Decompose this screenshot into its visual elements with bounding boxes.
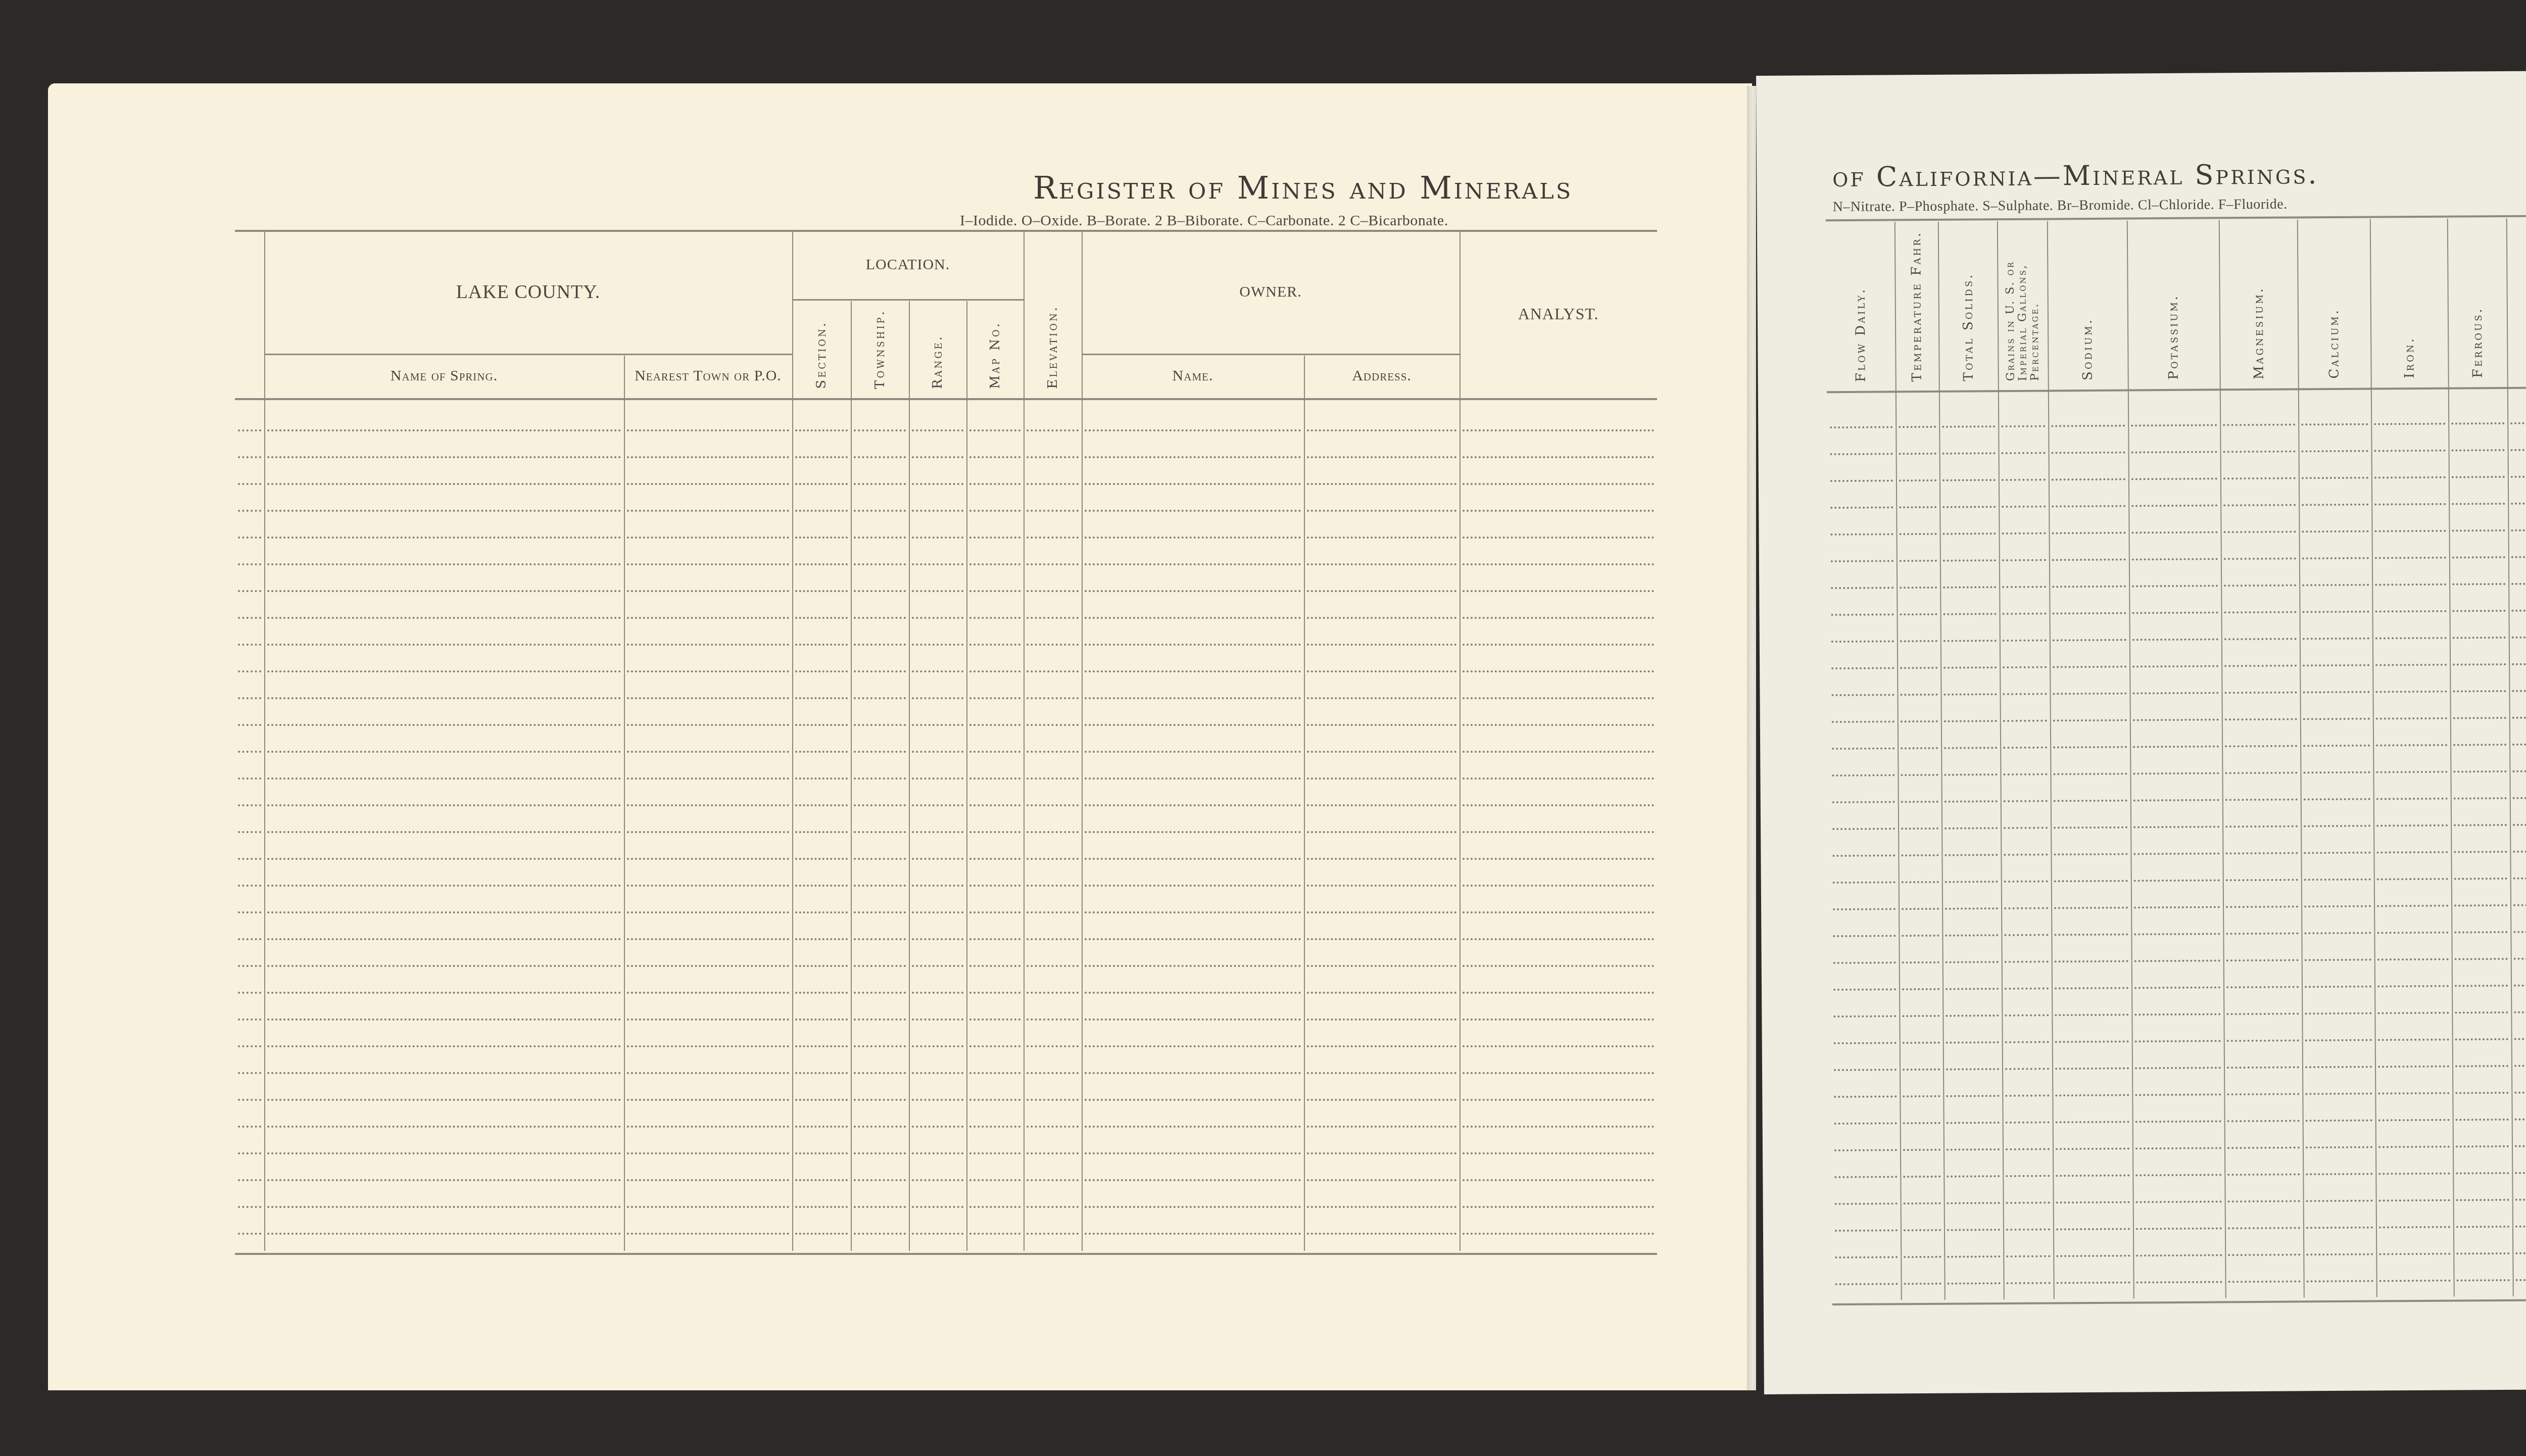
entry-line[interactable]	[2456, 1145, 2509, 1148]
entry-line[interactable]	[2006, 1175, 2050, 1177]
entry-line[interactable]	[2378, 1092, 2449, 1095]
entry-line[interactable]	[2303, 771, 2370, 774]
entry-line[interactable]	[267, 644, 621, 646]
entry-line[interactable]	[969, 1045, 1021, 1047]
entry-line[interactable]	[267, 804, 621, 806]
entry-line[interactable]	[1903, 1122, 1940, 1124]
entry-line[interactable]	[1832, 854, 1895, 857]
entry-line[interactable]	[1463, 1045, 1654, 1047]
entry-line[interactable]	[969, 1018, 1021, 1021]
entry-line[interactable]	[1947, 1202, 2000, 1204]
entry-line[interactable]	[1307, 1179, 1456, 1181]
entry-line[interactable]	[1899, 426, 1936, 428]
entry-line[interactable]	[1835, 1283, 1898, 1285]
entry-line[interactable]	[267, 938, 621, 940]
entry-line[interactable]	[1463, 965, 1654, 967]
entry-line[interactable]	[2515, 1118, 2526, 1121]
entry-line[interactable]	[238, 1045, 261, 1047]
entry-line[interactable]	[2515, 1172, 2526, 1174]
entry-line[interactable]	[1463, 858, 1654, 860]
entry-line[interactable]	[1900, 667, 1937, 669]
entry-line[interactable]	[2132, 638, 2218, 641]
entry-line[interactable]	[2056, 1121, 2129, 1124]
entry-line[interactable]	[969, 1072, 1021, 1074]
entry-line[interactable]	[2302, 557, 2369, 560]
entry-line[interactable]	[1085, 831, 1301, 833]
entry-line[interactable]	[795, 751, 848, 753]
entry-line[interactable]	[1307, 965, 1456, 967]
entry-line[interactable]	[1307, 617, 1456, 619]
entry-line[interactable]	[1027, 510, 1079, 512]
entry-line[interactable]	[1902, 1015, 1939, 1017]
entry-line[interactable]	[2306, 1146, 2372, 1149]
entry-line[interactable]	[1027, 1045, 1079, 1047]
entry-line[interactable]	[2131, 477, 2217, 480]
entry-line[interactable]	[267, 724, 621, 726]
entry-line[interactable]	[2375, 610, 2446, 613]
entry-line[interactable]	[2376, 824, 2448, 827]
entry-line[interactable]	[2378, 1065, 2449, 1068]
entry-line[interactable]	[1830, 453, 1893, 455]
entry-line[interactable]	[2514, 1064, 2526, 1067]
entry-line[interactable]	[2302, 504, 2368, 506]
entry-line[interactable]	[969, 858, 1021, 860]
entry-line[interactable]	[2514, 1091, 2526, 1094]
entry-line[interactable]	[1901, 828, 1938, 830]
entry-line[interactable]	[2053, 746, 2127, 749]
entry-line[interactable]	[795, 483, 848, 485]
entry-line[interactable]	[627, 670, 789, 672]
entry-line[interactable]	[1832, 720, 1894, 723]
entry-line[interactable]	[627, 751, 789, 753]
entry-line[interactable]	[1085, 563, 1301, 565]
entry-line[interactable]	[1463, 804, 1654, 806]
entry-line[interactable]	[2512, 690, 2526, 692]
entry-line[interactable]	[627, 483, 789, 485]
entry-line[interactable]	[1307, 483, 1456, 485]
entry-line[interactable]	[1899, 479, 1936, 481]
entry-line[interactable]	[238, 751, 261, 753]
entry-line[interactable]	[2511, 583, 2526, 585]
entry-line[interactable]	[1463, 938, 1654, 940]
entry-line[interactable]	[1085, 778, 1301, 780]
entry-line[interactable]	[1027, 1152, 1079, 1154]
entry-line[interactable]	[267, 831, 621, 833]
entry-line[interactable]	[2006, 1255, 2050, 1257]
entry-line[interactable]	[238, 510, 261, 512]
entry-line[interactable]	[854, 911, 906, 913]
entry-line[interactable]	[2132, 585, 2218, 587]
entry-line[interactable]	[1901, 854, 1938, 856]
entry-line[interactable]	[238, 644, 261, 646]
entry-line[interactable]	[2053, 719, 2127, 722]
entry-line[interactable]	[854, 938, 906, 940]
entry-line[interactable]	[627, 858, 789, 860]
entry-line[interactable]	[1947, 1148, 2000, 1151]
entry-line[interactable]	[1944, 747, 1997, 749]
entry-line[interactable]	[912, 617, 963, 619]
entry-line[interactable]	[1900, 587, 1937, 589]
entry-line[interactable]	[1307, 1018, 1456, 1021]
entry-line[interactable]	[627, 778, 789, 780]
entry-line[interactable]	[1903, 1069, 1940, 1071]
entry-line[interactable]	[2377, 1012, 2449, 1014]
entry-line[interactable]	[854, 1072, 906, 1074]
entry-line[interactable]	[2515, 1225, 2526, 1228]
entry-line[interactable]	[795, 644, 848, 646]
entry-line[interactable]	[2002, 506, 2046, 508]
entry-line[interactable]	[2004, 881, 2048, 883]
entry-line[interactable]	[1307, 911, 1456, 913]
entry-line[interactable]	[1830, 479, 1893, 482]
entry-line[interactable]	[238, 563, 261, 565]
entry-line[interactable]	[2304, 932, 2371, 935]
entry-line[interactable]	[2134, 906, 2220, 908]
entry-line[interactable]	[969, 724, 1021, 726]
entry-line[interactable]	[1085, 1045, 1301, 1047]
entry-line[interactable]	[1903, 1095, 1940, 1097]
entry-line[interactable]	[854, 563, 906, 565]
entry-line[interactable]	[2452, 529, 2505, 532]
entry-line[interactable]	[1834, 1069, 1897, 1071]
entry-line[interactable]	[627, 885, 789, 887]
entry-line[interactable]	[2056, 1228, 2130, 1231]
entry-line[interactable]	[2306, 1173, 2372, 1176]
entry-line[interactable]	[2305, 1039, 2372, 1042]
entry-line[interactable]	[1946, 1068, 1999, 1071]
entry-line[interactable]	[1027, 778, 1079, 780]
entry-line[interactable]	[2378, 1039, 2449, 1041]
entry-line[interactable]	[2003, 693, 2047, 696]
entry-line[interactable]	[2376, 771, 2447, 773]
entry-line[interactable]	[2225, 825, 2298, 828]
entry-line[interactable]	[2511, 529, 2526, 531]
entry-line[interactable]	[1832, 774, 1894, 776]
entry-line[interactable]	[2005, 987, 2049, 990]
entry-line[interactable]	[2378, 1119, 2450, 1122]
entry-line[interactable]	[1835, 1202, 1898, 1205]
entry-line[interactable]	[2304, 852, 2370, 854]
entry-line[interactable]	[1833, 988, 1896, 991]
entry-line[interactable]	[2133, 826, 2219, 828]
entry-line[interactable]	[2224, 584, 2296, 587]
entry-line[interactable]	[238, 831, 261, 833]
entry-line[interactable]	[1463, 778, 1654, 780]
entry-line[interactable]	[912, 911, 963, 913]
entry-line[interactable]	[854, 1206, 906, 1208]
entry-line[interactable]	[912, 483, 963, 485]
entry-line[interactable]	[2053, 639, 2126, 642]
entry-line[interactable]	[2052, 559, 2126, 561]
entry-line[interactable]	[2377, 878, 2448, 881]
entry-line[interactable]	[2304, 798, 2370, 801]
entry-line[interactable]	[238, 670, 261, 672]
entry-line[interactable]	[2376, 717, 2447, 720]
entry-line[interactable]	[2514, 1011, 2526, 1013]
entry-line[interactable]	[2006, 1148, 2050, 1150]
entry-line[interactable]	[854, 456, 906, 458]
entry-line[interactable]	[854, 510, 906, 512]
entry-line[interactable]	[2515, 1198, 2526, 1201]
entry-line[interactable]	[2225, 771, 2297, 774]
entry-line[interactable]	[2136, 1227, 2222, 1230]
entry-line[interactable]	[1463, 537, 1654, 539]
entry-line[interactable]	[1902, 988, 1939, 990]
entry-line[interactable]	[1833, 881, 1896, 884]
entry-line[interactable]	[2053, 612, 2126, 615]
entry-line[interactable]	[854, 778, 906, 780]
entry-line[interactable]	[2003, 613, 2047, 615]
entry-line[interactable]	[1085, 751, 1301, 753]
entry-line[interactable]	[1027, 831, 1079, 833]
entry-line[interactable]	[1085, 965, 1301, 967]
entry-line[interactable]	[2378, 1146, 2450, 1148]
entry-line[interactable]	[2455, 1011, 2508, 1014]
entry-line[interactable]	[854, 537, 906, 539]
entry-line[interactable]	[2003, 720, 2047, 722]
entry-line[interactable]	[2005, 960, 2049, 963]
entry-line[interactable]	[1902, 881, 1939, 883]
entry-line[interactable]	[267, 617, 621, 619]
entry-line[interactable]	[2006, 1201, 2050, 1204]
entry-line[interactable]	[1307, 992, 1456, 994]
entry-line[interactable]	[2223, 423, 2295, 426]
entry-line[interactable]	[1945, 854, 1998, 856]
entry-line[interactable]	[2002, 559, 2046, 562]
entry-line[interactable]	[1945, 827, 1998, 830]
entry-line[interactable]	[2512, 716, 2526, 719]
entry-line[interactable]	[2511, 502, 2526, 505]
entry-line[interactable]	[1027, 1206, 1079, 1208]
entry-line[interactable]	[912, 644, 963, 646]
entry-line[interactable]	[2376, 744, 2447, 747]
entry-line[interactable]	[1307, 1233, 1456, 1235]
entry-line[interactable]	[238, 885, 261, 887]
entry-line[interactable]	[2002, 479, 2046, 481]
entry-line[interactable]	[1085, 1152, 1301, 1154]
entry-line[interactable]	[238, 1152, 261, 1154]
entry-line[interactable]	[1307, 1072, 1456, 1074]
entry-line[interactable]	[267, 1099, 621, 1101]
entry-line[interactable]	[238, 537, 261, 539]
entry-line[interactable]	[795, 590, 848, 592]
entry-line[interactable]	[912, 1206, 963, 1208]
entry-line[interactable]	[627, 724, 789, 726]
entry-line[interactable]	[1085, 1072, 1301, 1074]
entry-line[interactable]	[1834, 1176, 1897, 1178]
entry-line[interactable]	[2131, 424, 2217, 426]
entry-line[interactable]	[627, 1233, 789, 1235]
entry-line[interactable]	[2226, 905, 2298, 908]
entry-line[interactable]	[795, 724, 848, 726]
entry-line[interactable]	[969, 510, 1021, 512]
entry-line[interactable]	[1307, 1099, 1456, 1101]
entry-line[interactable]	[2453, 637, 2506, 639]
entry-line[interactable]	[2133, 745, 2219, 748]
entry-line[interactable]	[2453, 690, 2506, 693]
entry-line[interactable]	[2227, 1066, 2299, 1069]
entry-line[interactable]	[1085, 429, 1301, 431]
entry-line[interactable]	[1085, 1233, 1301, 1235]
entry-line[interactable]	[2132, 611, 2218, 614]
entry-line[interactable]	[1307, 697, 1456, 699]
entry-line[interactable]	[2456, 1226, 2509, 1228]
entry-line[interactable]	[854, 1018, 906, 1021]
entry-line[interactable]	[969, 670, 1021, 672]
entry-line[interactable]	[2056, 1148, 2129, 1150]
entry-line[interactable]	[238, 911, 261, 913]
entry-line[interactable]	[267, 751, 621, 753]
entry-line[interactable]	[2452, 583, 2505, 586]
entry-line[interactable]	[1085, 938, 1301, 940]
entry-line[interactable]	[267, 858, 621, 860]
entry-line[interactable]	[2004, 934, 2048, 936]
entry-line[interactable]	[627, 1099, 789, 1101]
entry-line[interactable]	[2055, 987, 2128, 990]
entry-line[interactable]	[1942, 425, 1995, 428]
entry-line[interactable]	[2007, 1282, 2051, 1284]
entry-line[interactable]	[2304, 905, 2371, 908]
entry-line[interactable]	[2455, 985, 2508, 987]
entry-line[interactable]	[238, 1018, 261, 1021]
entry-line[interactable]	[1947, 1175, 2000, 1178]
entry-line[interactable]	[238, 429, 261, 431]
entry-line[interactable]	[795, 563, 848, 565]
entry-line[interactable]	[1463, 911, 1654, 913]
entry-line[interactable]	[1945, 800, 1998, 803]
entry-line[interactable]	[2134, 959, 2220, 962]
entry-line[interactable]	[912, 1233, 963, 1235]
entry-line[interactable]	[2379, 1226, 2450, 1229]
entry-line[interactable]	[1085, 537, 1301, 539]
entry-line[interactable]	[969, 1152, 1021, 1154]
entry-line[interactable]	[627, 804, 789, 806]
entry-line[interactable]	[2224, 530, 2296, 533]
entry-line[interactable]	[795, 911, 848, 913]
entry-line[interactable]	[2306, 1253, 2373, 1256]
entry-line[interactable]	[2003, 773, 2047, 776]
entry-line[interactable]	[2228, 1227, 2300, 1229]
entry-line[interactable]	[1834, 1042, 1897, 1044]
entry-line[interactable]	[2454, 797, 2507, 800]
entry-line[interactable]	[2305, 986, 2371, 988]
entry-line[interactable]	[2374, 450, 2446, 452]
entry-line[interactable]	[2456, 1119, 2509, 1121]
entry-line[interactable]	[2516, 1279, 2526, 1281]
entry-line[interactable]	[1944, 613, 1997, 615]
entry-line[interactable]	[1085, 644, 1301, 646]
entry-line[interactable]	[2135, 1093, 2221, 1096]
entry-line[interactable]	[2135, 1174, 2221, 1176]
entry-line[interactable]	[1904, 1229, 1941, 1231]
entry-line[interactable]	[1901, 801, 1938, 803]
entry-line[interactable]	[2454, 904, 2507, 907]
entry-line[interactable]	[2132, 692, 2218, 694]
entry-line[interactable]	[1307, 751, 1456, 753]
entry-line[interactable]	[2305, 1093, 2372, 1095]
entry-line[interactable]	[2052, 478, 2125, 481]
entry-line[interactable]	[912, 1072, 963, 1074]
entry-line[interactable]	[2054, 853, 2127, 856]
entry-line[interactable]	[2374, 423, 2445, 425]
entry-line[interactable]	[795, 510, 848, 512]
entry-line[interactable]	[912, 1152, 963, 1154]
entry-line[interactable]	[1307, 537, 1456, 539]
entry-line[interactable]	[2226, 986, 2299, 988]
entry-line[interactable]	[1307, 804, 1456, 806]
entry-line[interactable]	[1027, 617, 1079, 619]
entry-line[interactable]	[2513, 877, 2526, 880]
entry-line[interactable]	[1900, 560, 1937, 562]
entry-line[interactable]	[1463, 590, 1654, 592]
entry-line[interactable]	[912, 965, 963, 967]
entry-line[interactable]	[2305, 1066, 2372, 1069]
entry-line[interactable]	[2452, 503, 2505, 505]
entry-line[interactable]	[627, 911, 789, 913]
entry-line[interactable]	[2005, 1041, 2049, 1043]
entry-line[interactable]	[2379, 1280, 2451, 1282]
entry-line[interactable]	[2454, 878, 2507, 880]
entry-line[interactable]	[969, 992, 1021, 994]
entry-line[interactable]	[1027, 911, 1079, 913]
entry-line[interactable]	[267, 537, 621, 539]
entry-line[interactable]	[1307, 644, 1456, 646]
entry-line[interactable]	[1463, 429, 1654, 431]
entry-line[interactable]	[2451, 422, 2504, 425]
entry-line[interactable]	[267, 1045, 621, 1047]
entry-line[interactable]	[2004, 907, 2048, 909]
entry-line[interactable]	[1901, 774, 1938, 776]
entry-line[interactable]	[1946, 1041, 1999, 1044]
entry-line[interactable]	[795, 617, 848, 619]
entry-line[interactable]	[1901, 747, 1938, 749]
entry-line[interactable]	[912, 1099, 963, 1101]
entry-line[interactable]	[1833, 908, 1896, 910]
entry-line[interactable]	[2004, 800, 2048, 803]
entry-line[interactable]	[267, 1233, 621, 1235]
entry-line[interactable]	[2052, 505, 2125, 508]
entry-line[interactable]	[2002, 586, 2046, 589]
entry-line[interactable]	[912, 1179, 963, 1181]
entry-line[interactable]	[1027, 885, 1079, 887]
entry-line[interactable]	[627, 697, 789, 699]
entry-line[interactable]	[2226, 932, 2298, 935]
entry-line[interactable]	[1463, 456, 1654, 458]
entry-line[interactable]	[969, 1206, 1021, 1208]
entry-line[interactable]	[854, 697, 906, 699]
entry-line[interactable]	[795, 804, 848, 806]
entry-line[interactable]	[2227, 1173, 2300, 1176]
entry-line[interactable]	[1947, 1255, 2000, 1258]
entry-line[interactable]	[2453, 663, 2506, 666]
entry-line[interactable]	[2133, 772, 2219, 774]
entry-line[interactable]	[267, 1018, 621, 1021]
entry-line[interactable]	[912, 456, 963, 458]
entry-line[interactable]	[1085, 1206, 1301, 1208]
entry-line[interactable]	[969, 831, 1021, 833]
entry-line[interactable]	[795, 965, 848, 967]
entry-line[interactable]	[2227, 1039, 2299, 1042]
entry-line[interactable]	[2053, 773, 2127, 775]
entry-line[interactable]	[2134, 1013, 2220, 1015]
entry-line[interactable]	[2055, 1041, 2129, 1043]
entry-line[interactable]	[2513, 931, 2526, 933]
entry-line[interactable]	[1027, 858, 1079, 860]
entry-line[interactable]	[2005, 1094, 2049, 1097]
entry-line[interactable]	[2136, 1281, 2222, 1283]
entry-line[interactable]	[1307, 1206, 1456, 1208]
entry-line[interactable]	[795, 697, 848, 699]
